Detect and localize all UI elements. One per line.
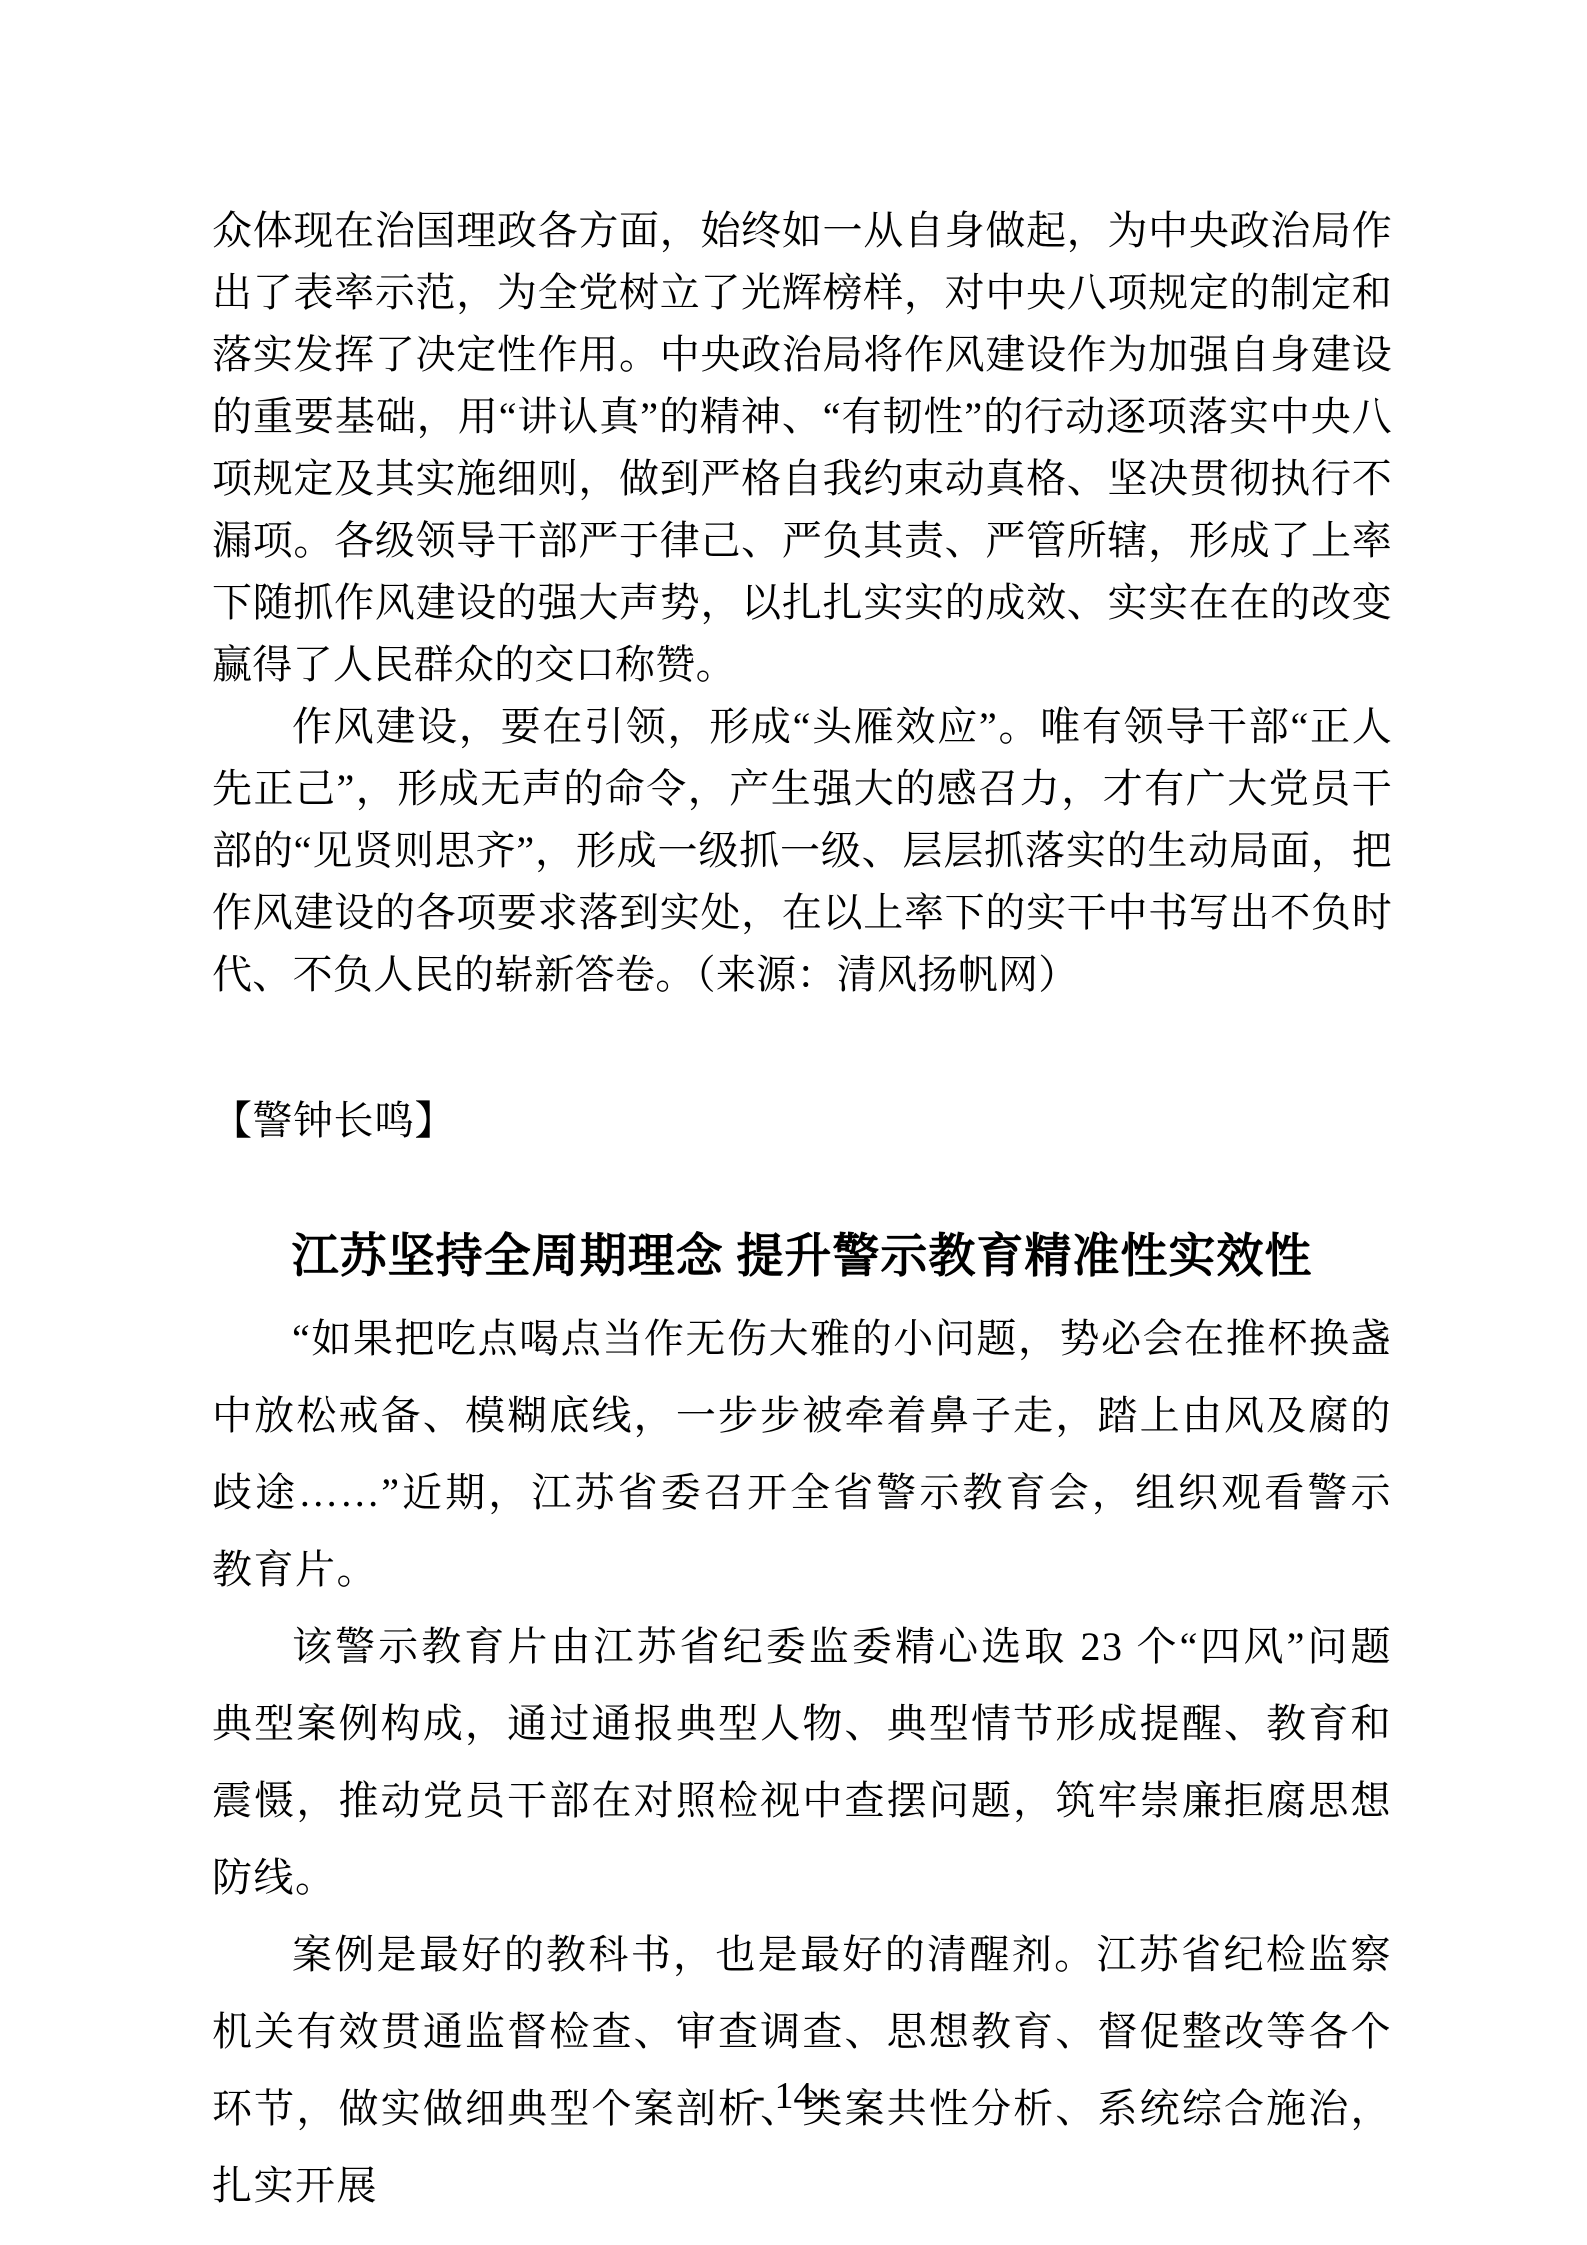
section-header-jingzhong-changming: 【警钟长鸣】 — [212, 1090, 1392, 1152]
paragraph-education-film: 该警示教育片由江苏省纪委监委精心选取 23 个“四风”问题典型案例构成，通过通报… — [212, 1608, 1392, 1916]
paragraph-quote-intro: “如果把吃点喝点当作无伤大雅的小问题，势必会在推杯换盏中放松戒备、模糊底线，一步… — [212, 1300, 1392, 1608]
page-body: 众体现在治国理政各方面，始终如一从自身做起，为中央政治局作出了表率示范，为全党树… — [212, 200, 1392, 2224]
paragraph-continued-from-previous-page: 众体现在治国理政各方面，始终如一从自身做起，为中央政治局作出了表率示范，为全党树… — [212, 200, 1392, 696]
paragraph-case-study: 案例是最好的教科书，也是最好的清醒剂。江苏省纪检监察机关有效贯通监督检查、审查调… — [212, 1916, 1392, 2224]
article-title-jiangsu: 江苏坚持全周期理念 提升警示教育精准性实效性 — [212, 1222, 1392, 1292]
document-page: 众体现在治国理政各方面，始终如一从自身做起，为中央政治局作出了表率示范，为全党树… — [0, 0, 1587, 2245]
page-number: - 14 - — [0, 2072, 1587, 2120]
paragraph-zuofeng-jianshe: 作风建设，要在引领，形成“头雁效应”。唯有领导干部“正人先正己”，形成无声的命令… — [212, 696, 1392, 1006]
